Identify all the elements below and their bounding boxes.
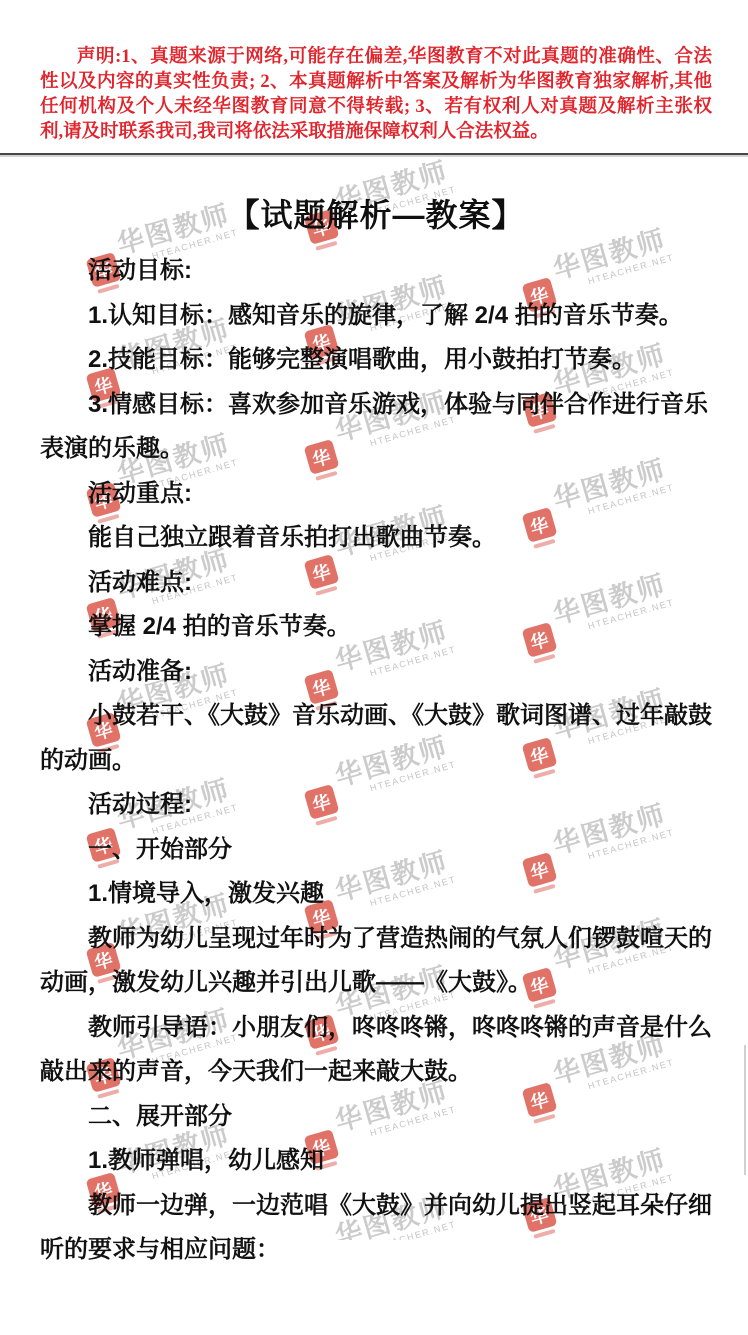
body-paragraph: 1.教师弹唱，幼儿感知 [40,1139,712,1184]
section-heading: 一、开始部分 [40,828,712,873]
body-paragraph: 教师为幼儿呈现过年时为了营造热闹的气氛人们锣鼓喧天的动画，激发幼儿兴趣并引出儿歌… [40,917,712,1006]
section-heading: 活动难点: [40,561,712,606]
body-paragraph: 教师一边弹，一边范唱《大鼓》并向幼儿提出竖起耳朵仔细听的要求与相应问题： [40,1184,712,1273]
page-title: 【试题解析—教案】 [40,195,712,235]
horizontal-rule [0,153,748,157]
section-heading: 活动目标: [40,249,712,294]
disclaimer-label: 声明: [77,47,121,67]
body-paragraph: 掌握 2/4 拍的音乐节奏。 [40,605,712,650]
disclaimer: 声明:1、真题来源于网络,可能存在偏差,华图教育不对此真题的准确性、合法性以及内… [40,45,712,145]
body-paragraph: 3.情感目标：喜欢参加音乐游戏，体验与同伴合作进行音乐表演的乐趣。 [40,383,712,472]
section-heading: 活动过程: [40,783,712,828]
body-paragraph: 小鼓若干、《大鼓》音乐动画、《大鼓》歌词图谱、过年敲鼓的动画。 [40,694,712,783]
disclaimer-text: 1、真题来源于网络,可能存在偏差,华图教育不对此真题的准确性、合法性以及内容的真… [40,47,712,142]
section-heading: 二、展开部分 [40,1095,712,1140]
body-paragraph: 1.情境导入，激发兴趣 [40,872,712,917]
document-page: 华华图教师HTEACHER.NET华华图教师HTEACHER.NET华华图教师H… [0,0,748,1335]
document-body: 活动目标:1.认知目标：感知音乐的旋律，了解 2/4 拍的音乐节奏。2.技能目标… [40,249,712,1273]
body-paragraph: 教师引导语：小朋友们，咚咚咚锵，咚咚咚锵的声音是什么敲出来的声音，今天我们一起来… [40,1006,712,1095]
section-heading: 活动重点: [40,472,712,517]
body-paragraph: 1.认知目标：感知音乐的旋律，了解 2/4 拍的音乐节奏。 [40,294,712,339]
body-paragraph: 能自己独立跟着音乐拍打出歌曲节奏。 [40,516,712,561]
body-paragraph: 2.技能目标：能够完整演唱歌曲，用小鼓拍打节奏。 [40,338,712,383]
section-heading: 活动准备: [40,650,712,695]
document-content: 声明:1、真题来源于网络,可能存在偏差,华图教育不对此真题的准确性、合法性以及内… [0,0,748,1273]
